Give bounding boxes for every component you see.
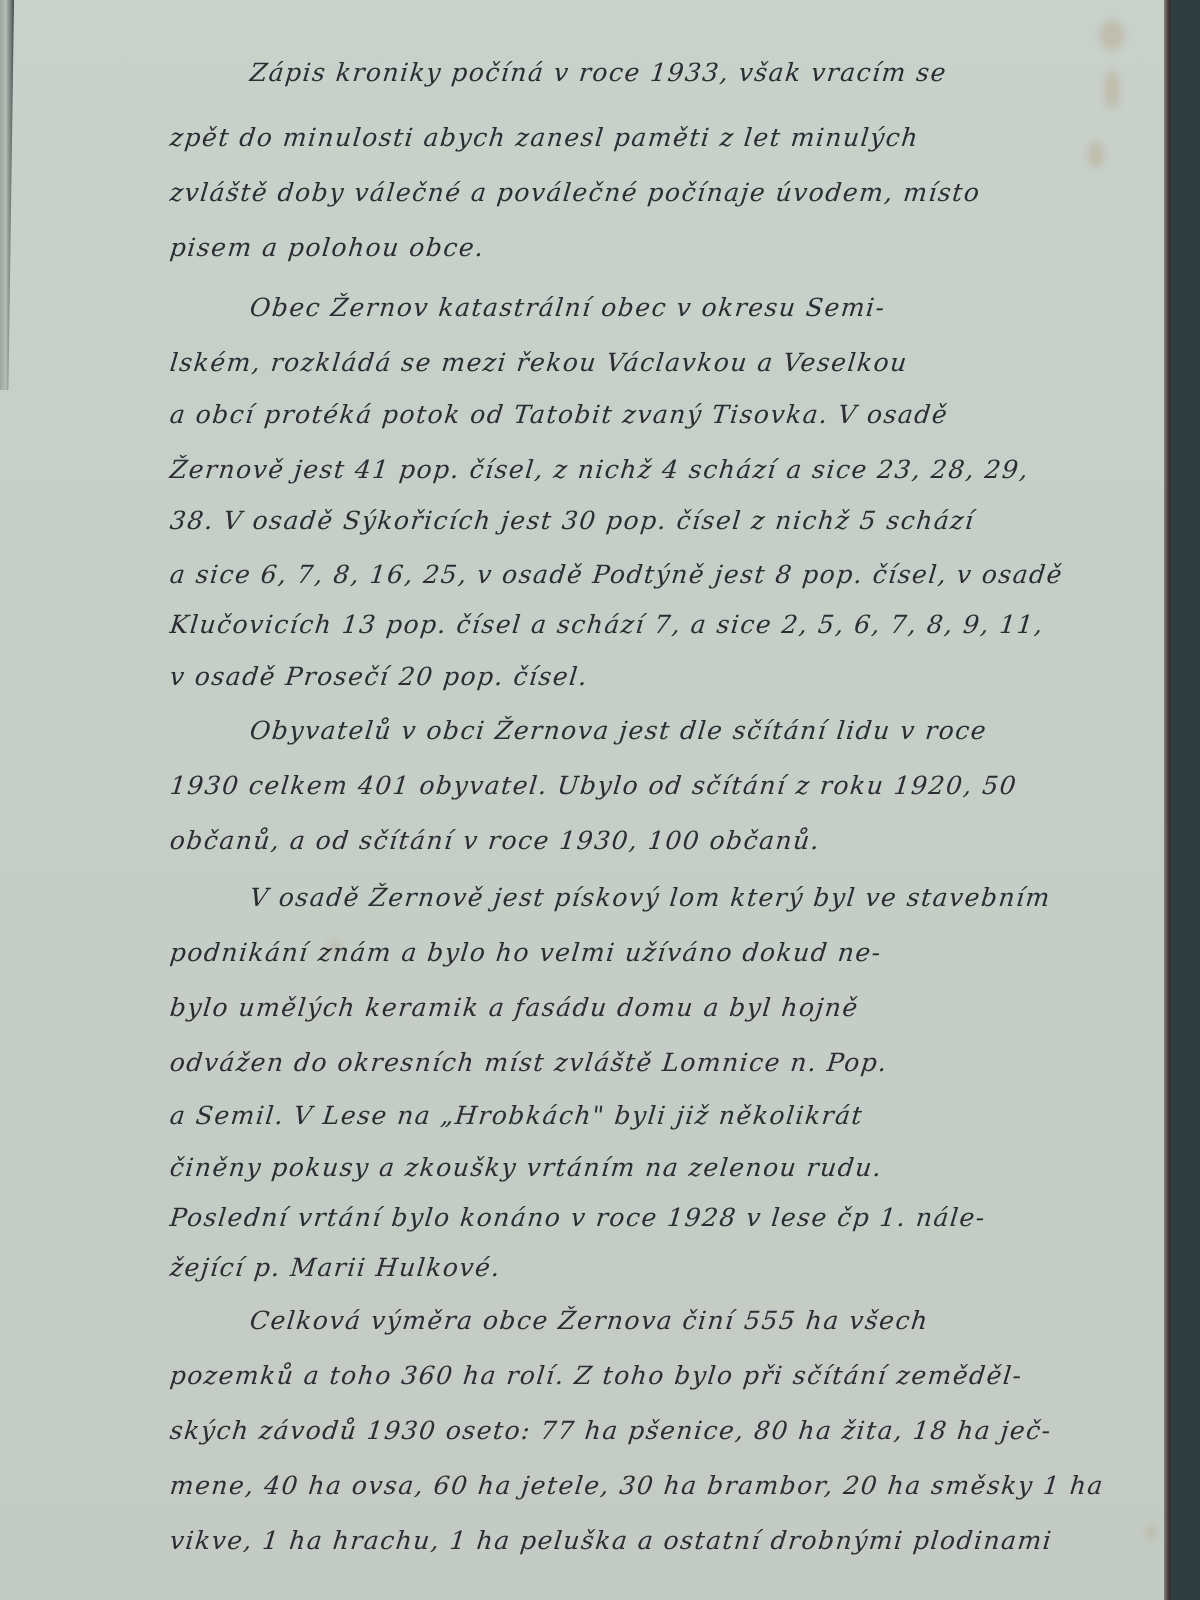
- text-line: Klučovicích 13 pop. čísel a schází 7, a …: [168, 610, 1045, 639]
- paper-stain: [1146, 1526, 1156, 1540]
- text-line: Zápis kroniky počíná v roce 1933, však v…: [248, 58, 948, 87]
- text-line: Celková výměra obce Žernova činí 555 ha …: [248, 1306, 930, 1335]
- text-line: vikve, 1 ha hrachu, 1 ha peluška a ostat…: [168, 1526, 1053, 1555]
- text-line: zvláště doby válečné a poválečné počínaj…: [168, 178, 982, 207]
- text-line: pisem a polohou obce.: [168, 233, 486, 262]
- text-line: občanů, a od sčítání v roce 1930, 100 ob…: [168, 826, 821, 855]
- text-line: podnikání znám a bylo ho velmi užíváno d…: [168, 938, 883, 967]
- text-line: 1930 celkem 401 obyvatel. Ubylo od sčítá…: [168, 771, 1018, 800]
- text-line: Poslední vrtání bylo konáno v roce 1928 …: [168, 1203, 987, 1232]
- text-line: ských závodů 1930 oseto: 77 ha pšenice, …: [168, 1416, 1053, 1445]
- manuscript-page: Zápis kroniky počíná v roce 1933, však v…: [0, 0, 1168, 1600]
- page-binding-edge: [0, 0, 14, 390]
- text-line: žející p. Marii Hulkové.: [168, 1253, 502, 1282]
- paper-stain: [1100, 20, 1124, 50]
- text-line: Obyvatelů v obci Žernova jest dle sčítán…: [248, 716, 988, 745]
- text-line: V osadě Žernově jest pískový lom který b…: [248, 883, 1052, 912]
- text-line: mene, 40 ha ovsa, 60 ha jetele, 30 ha br…: [168, 1471, 1105, 1500]
- text-line: Obec Žernov katastrální obec v okresu Se…: [248, 293, 887, 322]
- text-line: v osadě Prosečí 20 pop. čísel.: [168, 662, 589, 691]
- text-line: a sice 6, 7, 8, 16, 25, v osadě Podtýně …: [168, 560, 1064, 589]
- text-line: lském, rozkládá se mezi řekou Václavkou …: [168, 348, 909, 377]
- text-line: 38. V osadě Sýkořicích jest 30 pop. číse…: [168, 506, 976, 535]
- text-line: zpět do minulosti abych zanesl paměti z …: [168, 123, 920, 152]
- paper-stain: [1088, 140, 1104, 168]
- text-line: a Semil. V Lese na „Hrobkách" byli již n…: [168, 1101, 864, 1130]
- text-line: a obcí protéká potok od Tatobit zvaný Ti…: [168, 400, 949, 429]
- text-line: odvážen do okresních míst zvláště Lomnic…: [168, 1048, 889, 1077]
- text-line: pozemků a toho 360 ha rolí. Z toho bylo …: [168, 1361, 1024, 1390]
- paper-stain: [1104, 70, 1120, 110]
- text-line: Žernově jest 41 pop. čísel, z nichž 4 sc…: [168, 455, 1030, 484]
- page-right-edge: [1164, 0, 1170, 1600]
- text-line: bylo umělých keramik a fasádu domu a byl…: [168, 993, 860, 1022]
- text-line: činěny pokusy a zkoušky vrtáním na zelen…: [168, 1153, 883, 1182]
